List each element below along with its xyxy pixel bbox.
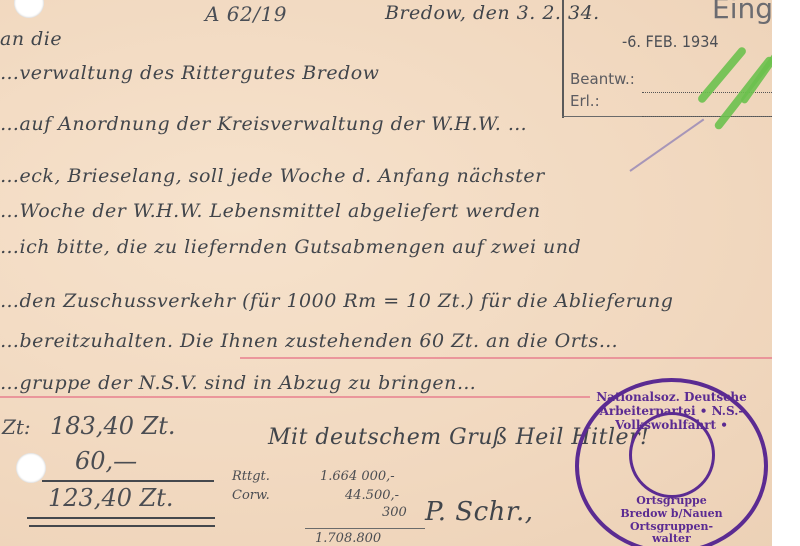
calc-result: 123,40 Zt.: [48, 484, 174, 512]
calc-amount: 183,40 Zt.: [50, 412, 176, 440]
pencil-total: 1.708.800: [315, 531, 381, 546]
calc-double-underline-2: [29, 525, 215, 527]
text-line-8: …gruppe der N.S.V. sind in Abzug zu brin…: [0, 372, 476, 394]
seal-line-4: walter: [579, 532, 764, 545]
seal-emblem-placeholder: [629, 412, 715, 498]
text-line-3: …eck, Brieselang, soll jede Woche d. Anf…: [0, 165, 545, 187]
punch-hole-top: [14, 0, 44, 18]
text-line-4: …Woche der W.H.W. Lebensmittel abgeliefe…: [0, 200, 541, 222]
red-rule-upper: [240, 357, 786, 359]
violet-pencil-stroke: [629, 119, 704, 172]
seal-line-1: Ortsgruppe: [579, 494, 764, 507]
text-line-1: …verwaltung des Rittergutes Bredow: [0, 62, 379, 84]
calc-double-underline-1: [27, 517, 215, 519]
reference-number: A 62/19: [205, 2, 287, 26]
salutation-fragment: an die: [0, 28, 62, 50]
punch-hole-bottom: [16, 453, 46, 483]
pencil-label-1: Rttgt.: [232, 469, 270, 484]
paper-edge: [772, 0, 786, 546]
pencil-value-1: 1.664 000,-: [320, 469, 395, 484]
pencil-value-2: 44.500,-: [345, 488, 399, 503]
calc-underline: [42, 480, 214, 482]
official-seal: Nationalsoz. Deutsche Arbeiterpartei • N…: [575, 378, 768, 546]
seal-line-2: Bredow b/Nauen: [579, 507, 764, 520]
pencil-value-3: 300: [382, 505, 407, 520]
pencil-label-2: Corw.: [232, 488, 270, 503]
text-line-5: …ich bitte, die zu liefernden Gutsabmeng…: [0, 236, 581, 258]
stamp-field-label-done: Erl.:: [570, 92, 600, 110]
pencil-sum-line: [305, 528, 425, 529]
calc-minus: 60,—: [75, 447, 137, 475]
stamp-border-left: [562, 0, 564, 118]
text-line-2: …auf Anordnung der Kreisverwaltung der W…: [0, 113, 527, 135]
text-line-7: …bereitzuhalten. Die Ihnen zustehenden 6…: [0, 330, 618, 352]
red-rule-lower: [0, 396, 590, 398]
text-line-6: …den Zuschussverkehr (für 1000 Rm = 10 Z…: [0, 290, 673, 312]
stamp-date: -6. FEB. 1934: [622, 32, 719, 51]
receipt-stamp: Eingang -6. FEB. 1934 Beantw.: Erl.:: [562, 0, 786, 120]
stamp-field-line-done: [642, 116, 782, 117]
signature: P. Schr.,: [425, 497, 533, 527]
stamp-field-label-answered: Beantw.:: [570, 70, 635, 88]
document-card: A 62/19 Bredow, den 3. 2. 34. an die Ein…: [0, 0, 786, 546]
calc-prefix: Zt:: [2, 415, 31, 439]
